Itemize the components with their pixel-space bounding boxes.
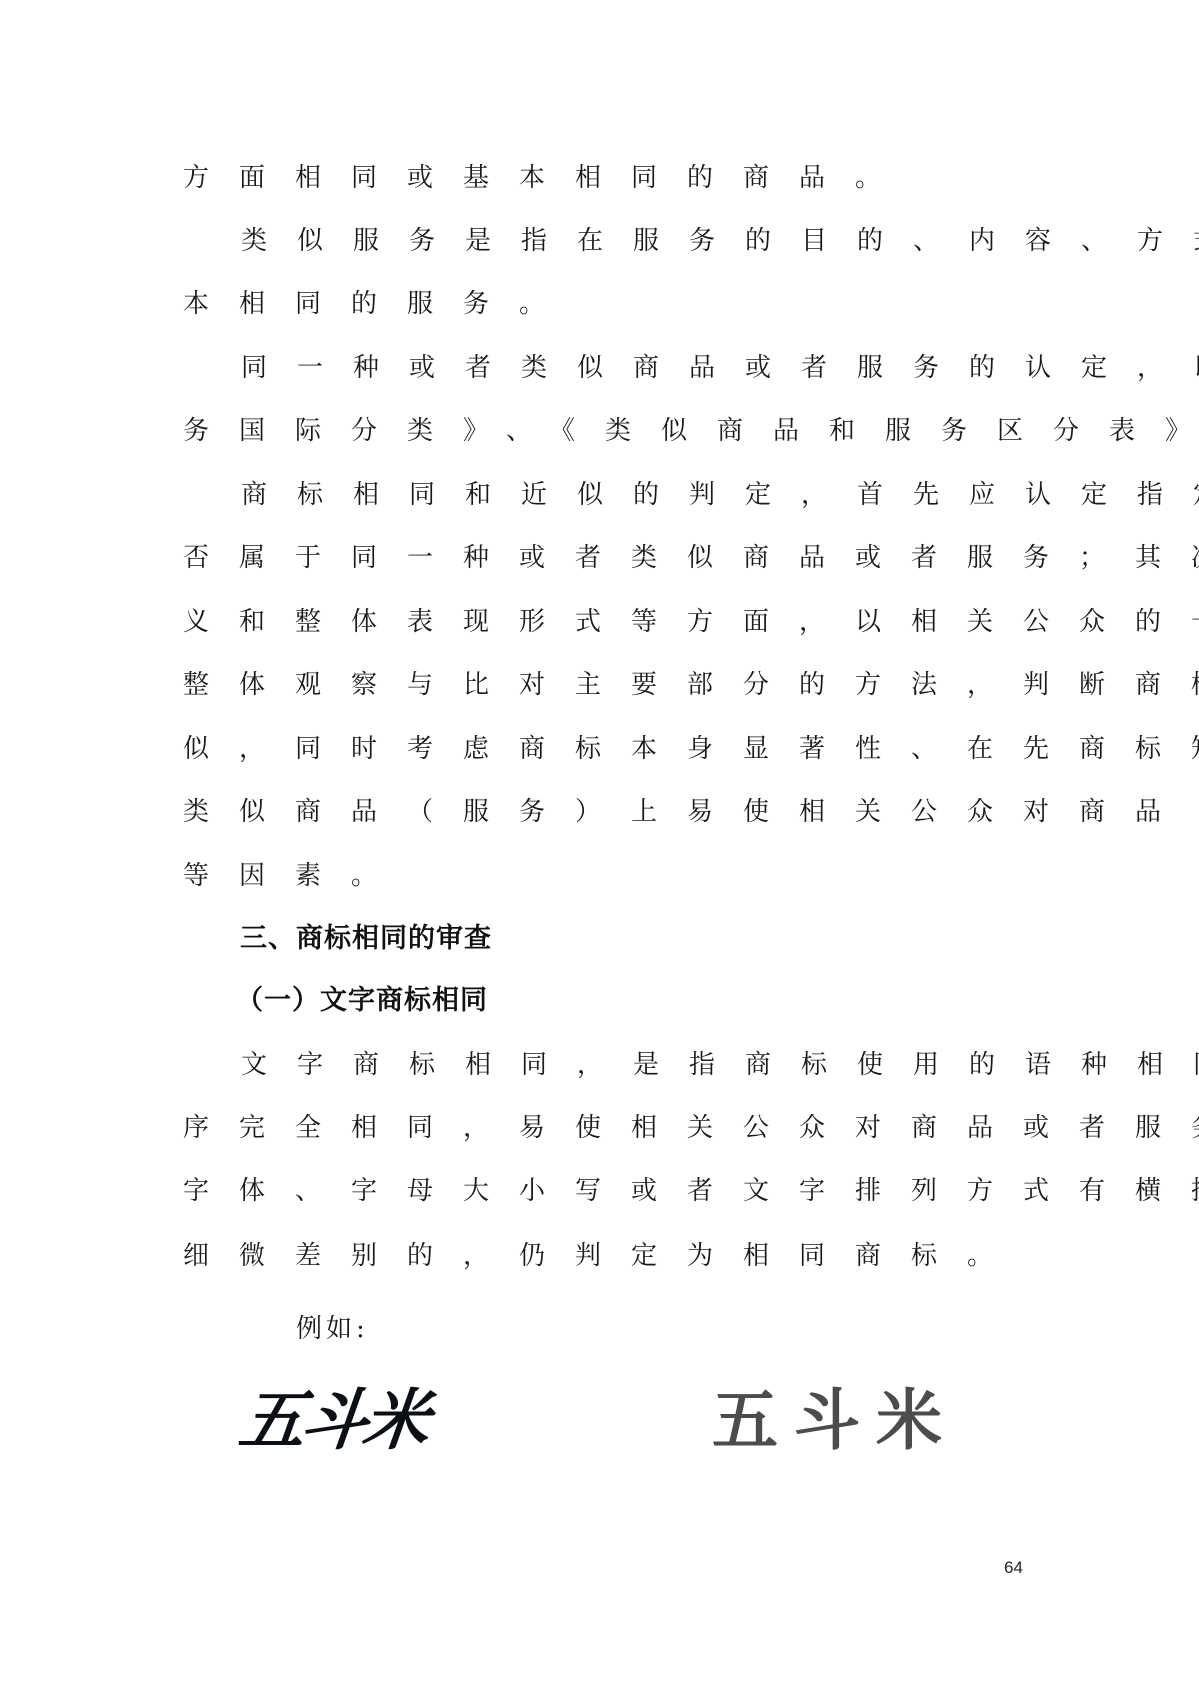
paragraph-line: 文字商标相同，是指商标使用的语种相同，且文字构成、排列顺 — [241, 1045, 1091, 1085]
section-heading: 三、商标相同的审查 — [240, 919, 492, 959]
paragraph-line: 细微差别的，仍判定为相同商标。 — [183, 1236, 1033, 1276]
paragraph-line: 序完全相同，易使相关公众对商品或者服务的来源产生混淆误认。因 — [183, 1108, 1033, 1148]
trademark-example-brush: 五斗米 — [712, 1372, 958, 1456]
paragraph-line: 同一种或者类似商品或者服务的认定，以《商标注册用商品和服 — [241, 348, 1091, 388]
paragraph-line: 本相同的服务。 — [183, 284, 1033, 324]
example-label: 例如: — [296, 1309, 369, 1349]
page-number: 64 — [1004, 1558, 1023, 1578]
paragraph-line: 等因素。 — [183, 856, 1033, 896]
paragraph-line: 务国际分类》、《类似商品和服务区分表》作为参考。 — [183, 411, 1033, 451]
paragraph-line: 方面相同或基本相同的商品。 — [183, 158, 1033, 198]
paragraph-line: 义和整体表现形式等方面，以相关公众的一般注意力为标准，并采取 — [183, 602, 1033, 642]
subsection-heading: （一）文字商标相同 — [236, 981, 488, 1021]
document-page: 方面相同或基本相同的商品。 类似服务是指在服务的目的、内容、方式、对象等方面相同… — [0, 0, 1199, 1696]
paragraph-line: 整体观察与比对主要部分的方法，判断商标标志本身是否相同或者近 — [183, 665, 1033, 705]
trademark-example-cursive: 五斗米 — [236, 1372, 431, 1456]
paragraph-line: 否属于同一种或者类似商品或者服务；其次应从商标本身的形、音、 — [183, 538, 1033, 578]
paragraph-line: 似，同时考虑商标本身显著性、在先商标知名度及使用在同一种或者 — [183, 729, 1033, 769]
paragraph-line: 字体、字母大小写或者文字排列方式有横排与竖排之分使两商标存在 — [183, 1171, 1033, 1211]
paragraph-line: 类似商品（服务）上易使相关公众对商品（服务）来源产生混淆误认 — [183, 792, 1033, 832]
paragraph-line: 类似服务是指在服务的目的、内容、方式、对象等方面相同或基 — [241, 221, 1091, 261]
paragraph-line: 商标相同和近似的判定，首先应认定指定使用的商品或者服务是 — [241, 475, 1091, 515]
